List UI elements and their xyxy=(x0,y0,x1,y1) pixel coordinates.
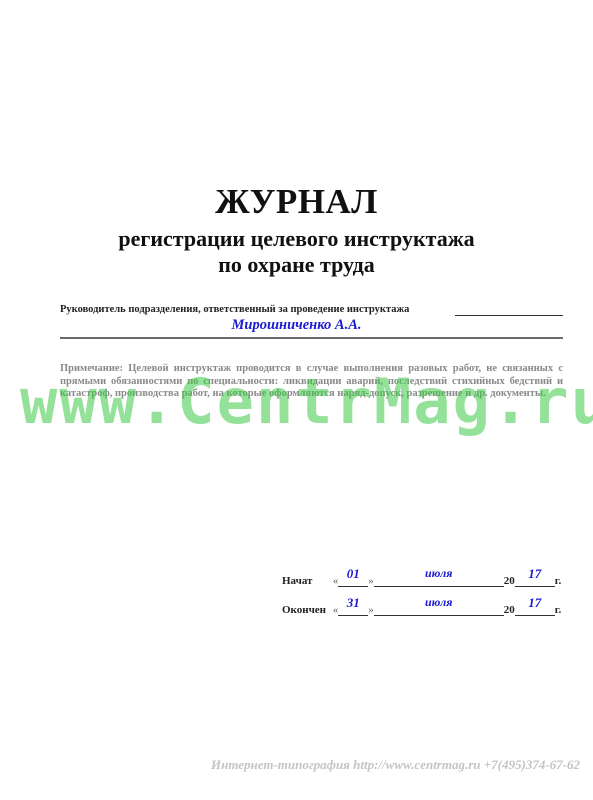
start-month-value: июля xyxy=(374,566,504,581)
start-date-row: Начат «01»июля2017г. xyxy=(282,572,561,587)
document-subtitle-line2: по охране труда xyxy=(0,252,593,278)
end-date-label: Окончен xyxy=(282,604,330,616)
divider-rule xyxy=(60,337,563,339)
journal-cover-page: ЖУРНАЛ регистрации целевого инструктажа … xyxy=(0,0,593,800)
start-month-field[interactable]: июля xyxy=(374,572,504,587)
document-subtitle-line1: регистрации целевого инструктажа xyxy=(0,226,593,252)
start-year-field[interactable]: 17 xyxy=(515,572,555,587)
start-year-suffix: г. xyxy=(555,575,562,587)
end-date-row: Окончен «31»июля2017г. xyxy=(282,601,561,616)
end-century: 20 xyxy=(504,604,515,616)
end-month-field[interactable]: июля xyxy=(374,601,504,616)
end-year-value: 17 xyxy=(515,595,555,611)
responsible-name: Мирошниченко А.А. xyxy=(0,317,593,334)
watermark: www.CentrMag.ru xyxy=(20,365,580,438)
printer-footer: Интернет-типография http://www.centrmag.… xyxy=(0,757,580,773)
start-century: 20 xyxy=(504,575,515,587)
document-title: ЖУРНАЛ xyxy=(0,182,593,222)
start-day-value: 01 xyxy=(338,566,368,582)
end-year-field[interactable]: 17 xyxy=(515,601,555,616)
end-day-value: 31 xyxy=(338,595,368,611)
end-day-field[interactable]: 31 xyxy=(338,601,368,616)
start-day-field[interactable]: 01 xyxy=(338,572,368,587)
end-month-value: июля xyxy=(374,595,504,610)
responsible-label: Руководитель подразделения, ответственны… xyxy=(60,304,409,315)
signature-line xyxy=(455,315,563,316)
start-date-label: Начат xyxy=(282,575,330,587)
end-year-suffix: г. xyxy=(555,604,562,616)
start-year-value: 17 xyxy=(515,566,555,582)
